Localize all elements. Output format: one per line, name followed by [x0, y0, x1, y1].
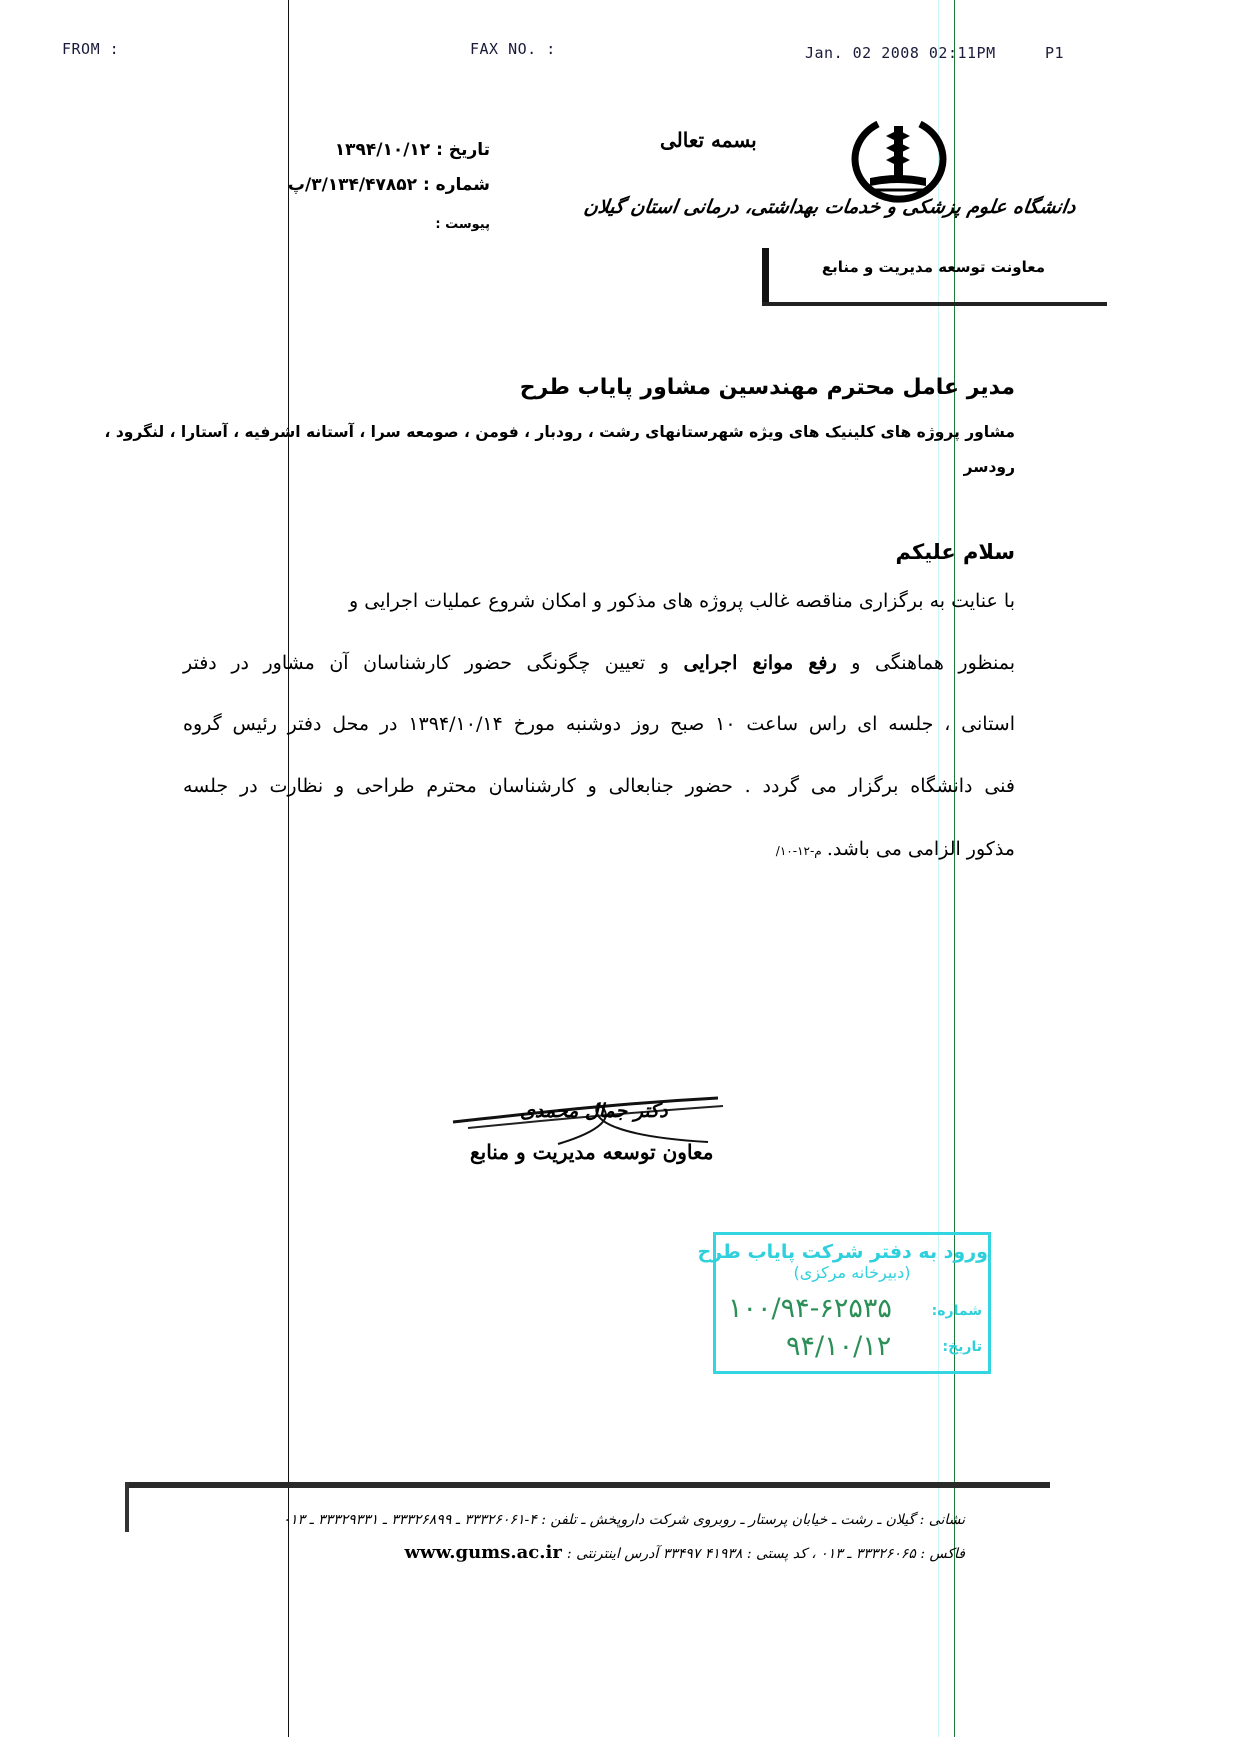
footer-contact: فاکس : ۳۳۳۲۶۰۶۵ ـ ۰۱۳ ، کد پستی : ۴۱۹۳۸ … [405, 1542, 965, 1563]
letter-date: تاریخ : ۱۳۹۴/۱۰/۱۲ [335, 140, 490, 160]
body-line-2-end: و تعیین چگونگی حضور کارشناسان آن مشاور د… [183, 652, 683, 674]
greeting: سلام علیکم [896, 540, 1015, 564]
stamp-title: ورود به دفتر شرکت پایاب طرح [716, 1241, 988, 1263]
body-line-5-text: مذکور الزامی می باشد. [827, 838, 1015, 860]
body-line-3: استانی ، جلسه ای راس ساعت ۱۰ صبح روز دوش… [183, 713, 1015, 735]
number-value: ۳/۱۳۴/۴۷۸۵۲/پ [288, 175, 417, 195]
body-line-5: مذکور الزامی می باشد. م-۱۲-۱۰/ [776, 838, 1015, 860]
fax-page-number: P1 [1045, 44, 1064, 62]
body-line-1: با عنایت به برگزاری مناقصه غالب پروژه ها… [220, 590, 1015, 612]
stamp-number-label: شماره: [932, 1303, 982, 1319]
footer-website-link[interactable]: www.gums.ac.ir [405, 1542, 562, 1563]
scan-line-left [288, 0, 289, 1737]
body-line-4: فنی دانشگاه برگزار می گردد . حضور جنابعا… [183, 775, 1015, 797]
body-line-2-start: بمنظور هماهنگی و [837, 652, 1015, 674]
basmala: بسمه تعالی [660, 128, 757, 152]
footer-address: نشانی : گیلان ـ رشت ـ خیابان پرستار ـ رو… [282, 1512, 965, 1528]
date-label: تاریخ : [436, 140, 490, 160]
university-logo [848, 116, 948, 206]
fax-from-label: FROM : [62, 40, 119, 58]
stamp-date-label: تاریخ: [942, 1339, 982, 1355]
letter-attachment: پیوست : [435, 217, 490, 232]
stamp-number-value: ۱۰۰/۹۴-۶۲۵۳۵ [728, 1293, 892, 1324]
letterhead-bracket-horizontal [762, 302, 1107, 306]
university-name: دانشگاه علوم پزشکی و خدمات بهداشتی، درما… [582, 196, 1077, 218]
attachment-label: پیوست : [435, 217, 490, 232]
number-label: شماره : [423, 175, 490, 195]
recipient-subtitle-line2: رودسر [964, 458, 1015, 476]
recipient-title: مدیر عامل محترم مهندسین مشاور پایاب طرح [520, 375, 1015, 400]
signatory-title: معاون توسعه مدیریت و منابع [470, 1140, 713, 1164]
receipt-stamp: ورود به دفتر شرکت پایاب طرح (دبیرخانه مر… [713, 1232, 991, 1374]
footer-contact-text: فاکس : ۳۳۳۲۶۰۶۵ ـ ۰۱۳ ، کد پستی : ۴۱۹۳۸ … [567, 1546, 965, 1562]
stamp-date-value: ۹۴/۱۰/۱۲ [786, 1331, 891, 1362]
reference-note: م-۱۲-۱۰/ [776, 844, 822, 858]
fax-number-label: FAX NO. : [470, 40, 556, 58]
wheat-emblem-icon [848, 116, 948, 206]
recipient-subtitle-line1: مشاور پروژه های کلینیک های ویژه شهرستانه… [105, 423, 1015, 441]
signatory-name: دکتر جمال محمدی [520, 1100, 668, 1122]
footer-rule [125, 1482, 1050, 1488]
stamp-subtitle: (دبیرخانه مرکزی) [716, 1263, 988, 1282]
body-line-2: بمنظور هماهنگی و رفع موانع اجرایی و تعیی… [183, 652, 1015, 674]
body-line-2-emphasis: رفع موانع اجرایی [683, 652, 836, 674]
footer-rule-side [125, 1482, 129, 1532]
letter-number: شماره : ۳/۱۳۴/۴۷۸۵۲/پ [288, 175, 490, 195]
letterhead-bracket-vertical [762, 248, 769, 303]
department-name: معاونت توسعه مدیریت و منابع [822, 258, 1045, 276]
date-value: ۱۳۹۴/۱۰/۱۲ [335, 140, 430, 160]
fax-timestamp: Jan. 02 2008 02:11PM [805, 44, 996, 62]
